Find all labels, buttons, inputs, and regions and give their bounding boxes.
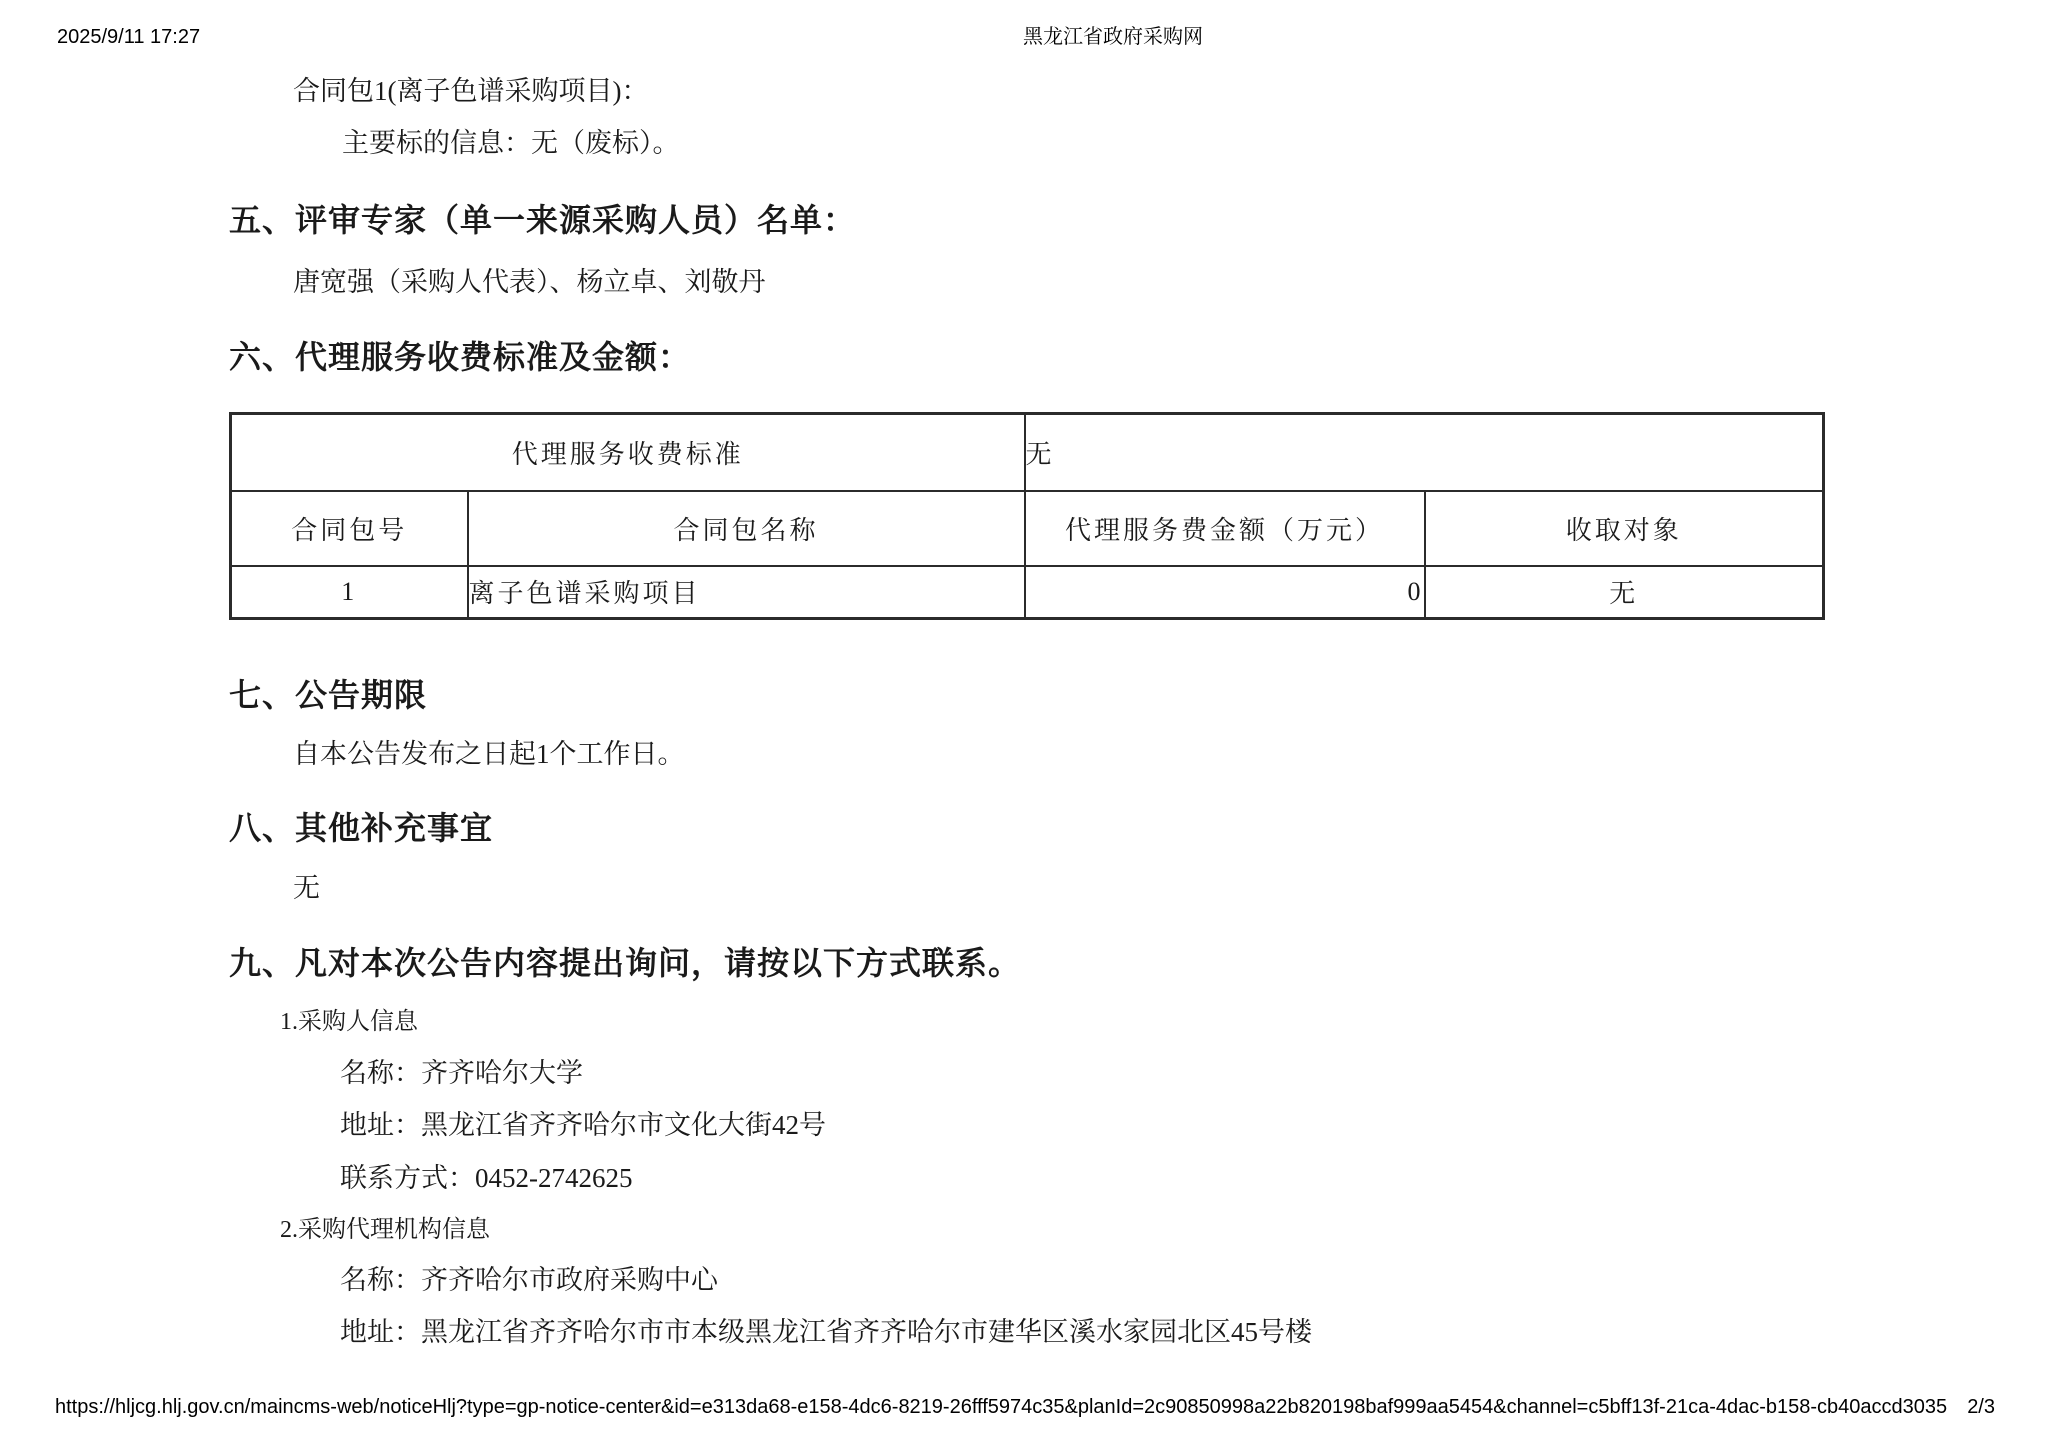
purchaser-contact-line: 联系方式：0452-2742625 xyxy=(340,1162,633,1196)
agency-name-line: 名称：齐齐哈尔市政府采购中心 xyxy=(340,1264,718,1298)
agency-address-line: 地址：黑龙江省齐齐哈尔市市本级黑龙江省齐齐哈尔市建华区溪水家园北区45号楼 xyxy=(340,1316,1312,1350)
fee-standard-row: 代理服务收费标准 无 xyxy=(231,414,1824,491)
fee-table-data-row: 1 离子色谱采购项目 0 无 xyxy=(231,566,1824,619)
fee-standard-value-cell: 无 xyxy=(1025,414,1824,491)
fee-standard-label-cell: 代理服务收费标准 xyxy=(231,414,1025,491)
fee-table-header-row: 合同包号 合同包名称 代理服务费金额（万元） 收取对象 xyxy=(231,491,1824,566)
notice-period-line: 自本公告发布之日起1个工作日。 xyxy=(293,738,685,772)
col-header-package-no: 合同包号 xyxy=(231,491,468,566)
print-preview-page: 2025/9/11 17:27 黑龙江省政府采购网 合同包1(离子色谱采购项目)… xyxy=(0,0,2048,1447)
col-header-package-name: 合同包名称 xyxy=(468,491,1025,566)
print-header-site-title: 黑龙江省政府采购网 xyxy=(1023,26,1203,48)
section-7-heading: 七、公告期限 xyxy=(229,675,427,715)
cell-package-name: 离子色谱采购项目 xyxy=(468,566,1025,619)
other-matters-line: 无 xyxy=(293,872,320,906)
cell-package-no: 1 xyxy=(231,566,468,619)
cell-fee-amount: 0 xyxy=(1025,566,1425,619)
section-5-heading: 五、评审专家（单一来源采购人员）名单： xyxy=(229,200,856,240)
section-9-heading: 九、凡对本次公告内容提出询问，请按以下方式联系。 xyxy=(229,943,1021,983)
col-header-charged-party: 收取对象 xyxy=(1425,491,1824,566)
print-header-timestamp: 2025/9/11 17:27 xyxy=(57,26,200,48)
purchaser-address-line: 地址：黑龙江省齐齐哈尔市文化大街42号 xyxy=(340,1109,826,1143)
purchaser-name-line: 名称：齐齐哈尔大学 xyxy=(340,1057,583,1091)
main-bid-info-line: 主要标的信息：无（废标）。 xyxy=(342,127,680,161)
print-footer-url: https://hljcg.hlj.gov.cn/maincms-web/not… xyxy=(55,1396,1947,1418)
print-footer-page-indicator: 2/3 xyxy=(1967,1396,1995,1418)
cell-charged-party: 无 xyxy=(1425,566,1824,619)
col-header-fee-amount: 代理服务费金额（万元） xyxy=(1025,491,1425,566)
section-6-heading: 六、代理服务收费标准及金额： xyxy=(229,337,691,377)
agency-info-heading: 2.采购代理机构信息 xyxy=(280,1215,490,1245)
agency-fee-table: 代理服务收费标准 无 合同包号 合同包名称 代理服务费金额（万元） 收取对象 1… xyxy=(229,412,1825,620)
expert-list-line: 唐宽强（采购人代表）、杨立卓、刘敬丹 xyxy=(293,266,766,300)
purchaser-info-heading: 1.采购人信息 xyxy=(280,1007,418,1037)
contract-package-line: 合同包1(离子色谱采购项目)： xyxy=(293,75,648,109)
section-8-heading: 八、其他补充事宜 xyxy=(229,808,493,848)
